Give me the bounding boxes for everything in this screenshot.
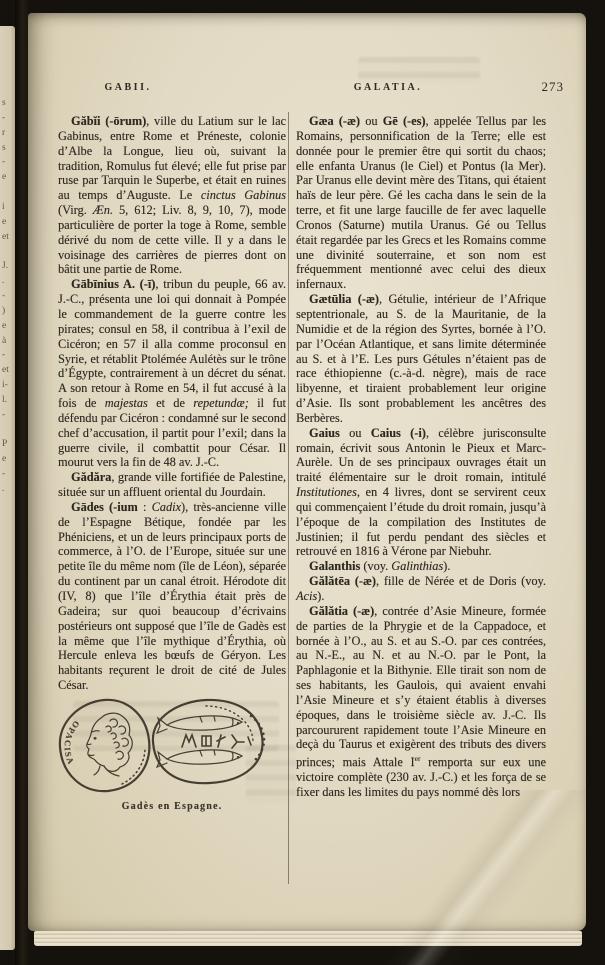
dictionary-entry-gaea: Gæa (-æ) ou Gē (-es), appelée Tellus par… (296, 114, 546, 292)
tuna-fish-top (157, 716, 242, 733)
column-divider (288, 112, 289, 884)
stacked-page-edges (34, 931, 582, 946)
facing-page-edge: s - r s - e i e et J. . - ) e à - et i- … (0, 26, 15, 950)
dictionary-entry-galatia: Gălătia (-æ), contrée d’Asie Mineure, fo… (296, 604, 546, 800)
dictionary-entry-gabinius: Gābīnius A. (-ī), tribun du peuple, 66 a… (58, 277, 286, 470)
coin-engraving: OPACISA (54, 696, 286, 800)
dictionary-entry-gaius: Gaius ou Caius (-i), célèbre jurisconsul… (296, 426, 546, 560)
book-gutter (15, 0, 29, 965)
dictionary-entry-gades: Gādes (-ium : Cadix), très-ancienne vill… (58, 500, 286, 693)
book-scan: s - r s - e i e et J. . - ) e à - et i- … (0, 0, 605, 965)
dictionary-entry-gabii: Găbĭi (-ōrum), ville du Latium sur le la… (58, 114, 286, 277)
dictionary-entry-gaetulia: Gætūlia (-æ), Gétulie, intérieur de l’Af… (296, 292, 546, 426)
tuna-fish-bottom (157, 750, 242, 767)
dictionary-entry-galanthis: Galanthis (voy. Galinthias). (296, 559, 546, 574)
facing-page-text-fragments: s - r s - e i e et J. . - ) e à - et i- … (2, 96, 14, 497)
dictionary-entry-gadara: Gădăra, grande ville fortifiée de Palest… (58, 470, 286, 500)
page-scan: GABII. GALATIA. 273 Găbĭi (-ōrum), ville… (28, 13, 586, 931)
coin-reverse (153, 700, 264, 783)
coin-obverse-legend: OPACISA (62, 719, 81, 767)
running-title-left: GABII. (68, 82, 188, 93)
coin-figure: OPACISA (58, 696, 286, 815)
svg-text:OPACISA: OPACISA (62, 719, 81, 767)
right-column: Gæa (-æ) ou Gē (-es), appelée Tellus par… (296, 114, 546, 800)
punic-legend-glyphs (182, 735, 251, 748)
page-number: 273 (514, 79, 564, 95)
bleedthrough-ghost (358, 57, 480, 83)
coin-obverse: OPACISA (60, 700, 149, 791)
dictionary-entry-galatea: Gălătēa (-æ), fille de Nérée et de Doris… (296, 574, 546, 604)
left-column: Găbĭi (-ōrum), ville du Latium sur le la… (58, 114, 286, 815)
running-title-right: GALATIA. (328, 82, 448, 93)
figure-caption: Gadès en Espagne. (58, 800, 286, 815)
